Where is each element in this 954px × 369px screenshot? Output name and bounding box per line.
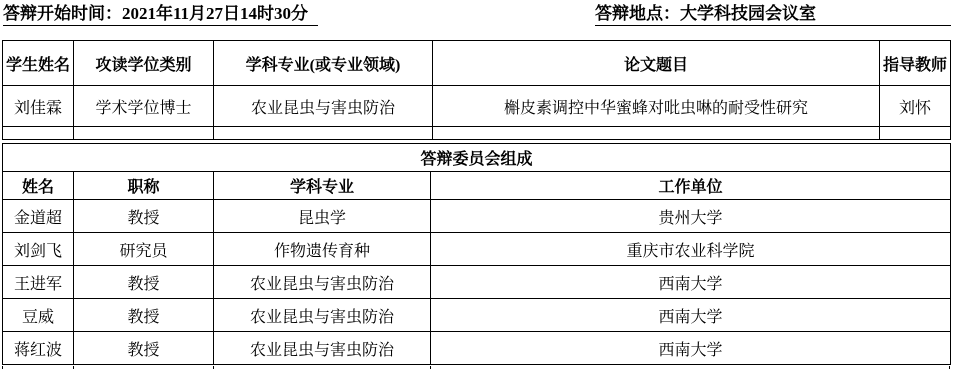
student-thesis-table: 学生姓名 攻读学位类别 学科专业(或专业领域) 论文题目 指导教师 刘佳霖 学术… bbox=[2, 40, 951, 140]
committee-title-row: 答辩委员会组成 bbox=[3, 144, 951, 172]
committee-title: 答辩委员会组成 bbox=[3, 144, 951, 172]
empty-cell bbox=[214, 127, 433, 140]
committee-member-row: 豆威 教授 农业昆虫与害虫防治 西南大学 bbox=[3, 299, 951, 332]
member-title-cell: 研究员 bbox=[74, 233, 214, 266]
member-title-cell: 教授 bbox=[74, 332, 214, 365]
major-cell: 农业昆虫与害虫防治 bbox=[214, 86, 433, 127]
committee-member-row: 王进军 教授 农业昆虫与害虫防治 西南大学 bbox=[3, 266, 951, 299]
defense-location-value: 大学科技园会议室 bbox=[680, 4, 816, 23]
member-major-cell: 农业昆虫与害虫防治 bbox=[214, 299, 431, 332]
committee-member-row: 蒋红波 教授 农业昆虫与害虫防治 西南大学 bbox=[3, 332, 951, 365]
header-major: 学科专业(或专业领域) bbox=[214, 41, 433, 86]
defense-start-time-value: 2021年11月27日14时30分 bbox=[122, 4, 308, 23]
member-name-cell: 王进军 bbox=[3, 266, 74, 299]
defense-start-time: 答辩开始时间：2021年11月27日14时30分 bbox=[3, 2, 318, 26]
defense-location: 答辩地点：大学科技园会议室 bbox=[595, 2, 951, 26]
header-member-major: 学科专业 bbox=[214, 172, 431, 200]
member-major-cell: 昆虫学 bbox=[214, 200, 431, 233]
header-thesis-title: 论文题目 bbox=[433, 41, 880, 86]
member-workplace-cell: 重庆市农业科学院 bbox=[431, 233, 951, 266]
committee-header-row: 姓名 职称 学科专业 工作单位 bbox=[3, 172, 951, 200]
degree-type-cell: 学术学位博士 bbox=[74, 86, 214, 127]
committee-table: 答辩委员会组成 姓名 职称 学科专业 工作单位 金道超 教授 昆虫学 贵州大学 … bbox=[2, 143, 951, 365]
header-advisor: 指导教师 bbox=[880, 41, 951, 86]
empty-cell bbox=[74, 127, 214, 140]
member-major-cell: 农业昆虫与害虫防治 bbox=[214, 266, 431, 299]
defense-location-label: 答辩地点： bbox=[595, 4, 680, 23]
student-table-header-row: 学生姓名 攻读学位类别 学科专业(或专业领域) 论文题目 指导教师 bbox=[3, 41, 951, 86]
member-name-cell: 豆威 bbox=[3, 299, 74, 332]
student-row: 刘佳霖 学术学位博士 农业昆虫与害虫防治 槲皮素调控中华蜜蜂对吡虫啉的耐受性研究… bbox=[3, 86, 951, 127]
header-member-title: 职称 bbox=[74, 172, 214, 200]
member-name-cell: 蒋红波 bbox=[3, 332, 74, 365]
empty-cell bbox=[880, 127, 951, 140]
member-title-cell: 教授 bbox=[74, 299, 214, 332]
empty-cell bbox=[433, 127, 880, 140]
empty-cell bbox=[3, 127, 74, 140]
member-major-cell: 农业昆虫与害虫防治 bbox=[214, 332, 431, 365]
member-workplace-cell: 西南大学 bbox=[431, 332, 951, 365]
empty-row bbox=[3, 127, 951, 140]
committee-member-row: 金道超 教授 昆虫学 贵州大学 bbox=[3, 200, 951, 233]
committee-member-row: 刘剑飞 研究员 作物遗传育种 重庆市农业科学院 bbox=[3, 233, 951, 266]
member-major-cell: 作物遗传育种 bbox=[214, 233, 431, 266]
thesis-title-cell: 槲皮素调控中华蜜蜂对吡虫啉的耐受性研究 bbox=[433, 86, 880, 127]
header-member-name: 姓名 bbox=[3, 172, 74, 200]
member-workplace-cell: 西南大学 bbox=[431, 266, 951, 299]
member-workplace-cell: 西南大学 bbox=[431, 299, 951, 332]
member-name-cell: 金道超 bbox=[3, 200, 74, 233]
member-title-cell: 教授 bbox=[74, 200, 214, 233]
header-degree-type: 攻读学位类别 bbox=[74, 41, 214, 86]
defense-start-time-label: 答辩开始时间： bbox=[3, 4, 122, 23]
member-name-cell: 刘剑飞 bbox=[3, 233, 74, 266]
header-student-name: 学生姓名 bbox=[3, 41, 74, 86]
header-member-workplace: 工作单位 bbox=[431, 172, 951, 200]
advisor-cell: 刘怀 bbox=[880, 86, 951, 127]
member-workplace-cell: 贵州大学 bbox=[431, 200, 951, 233]
member-title-cell: 教授 bbox=[74, 266, 214, 299]
student-name-cell: 刘佳霖 bbox=[3, 86, 74, 127]
